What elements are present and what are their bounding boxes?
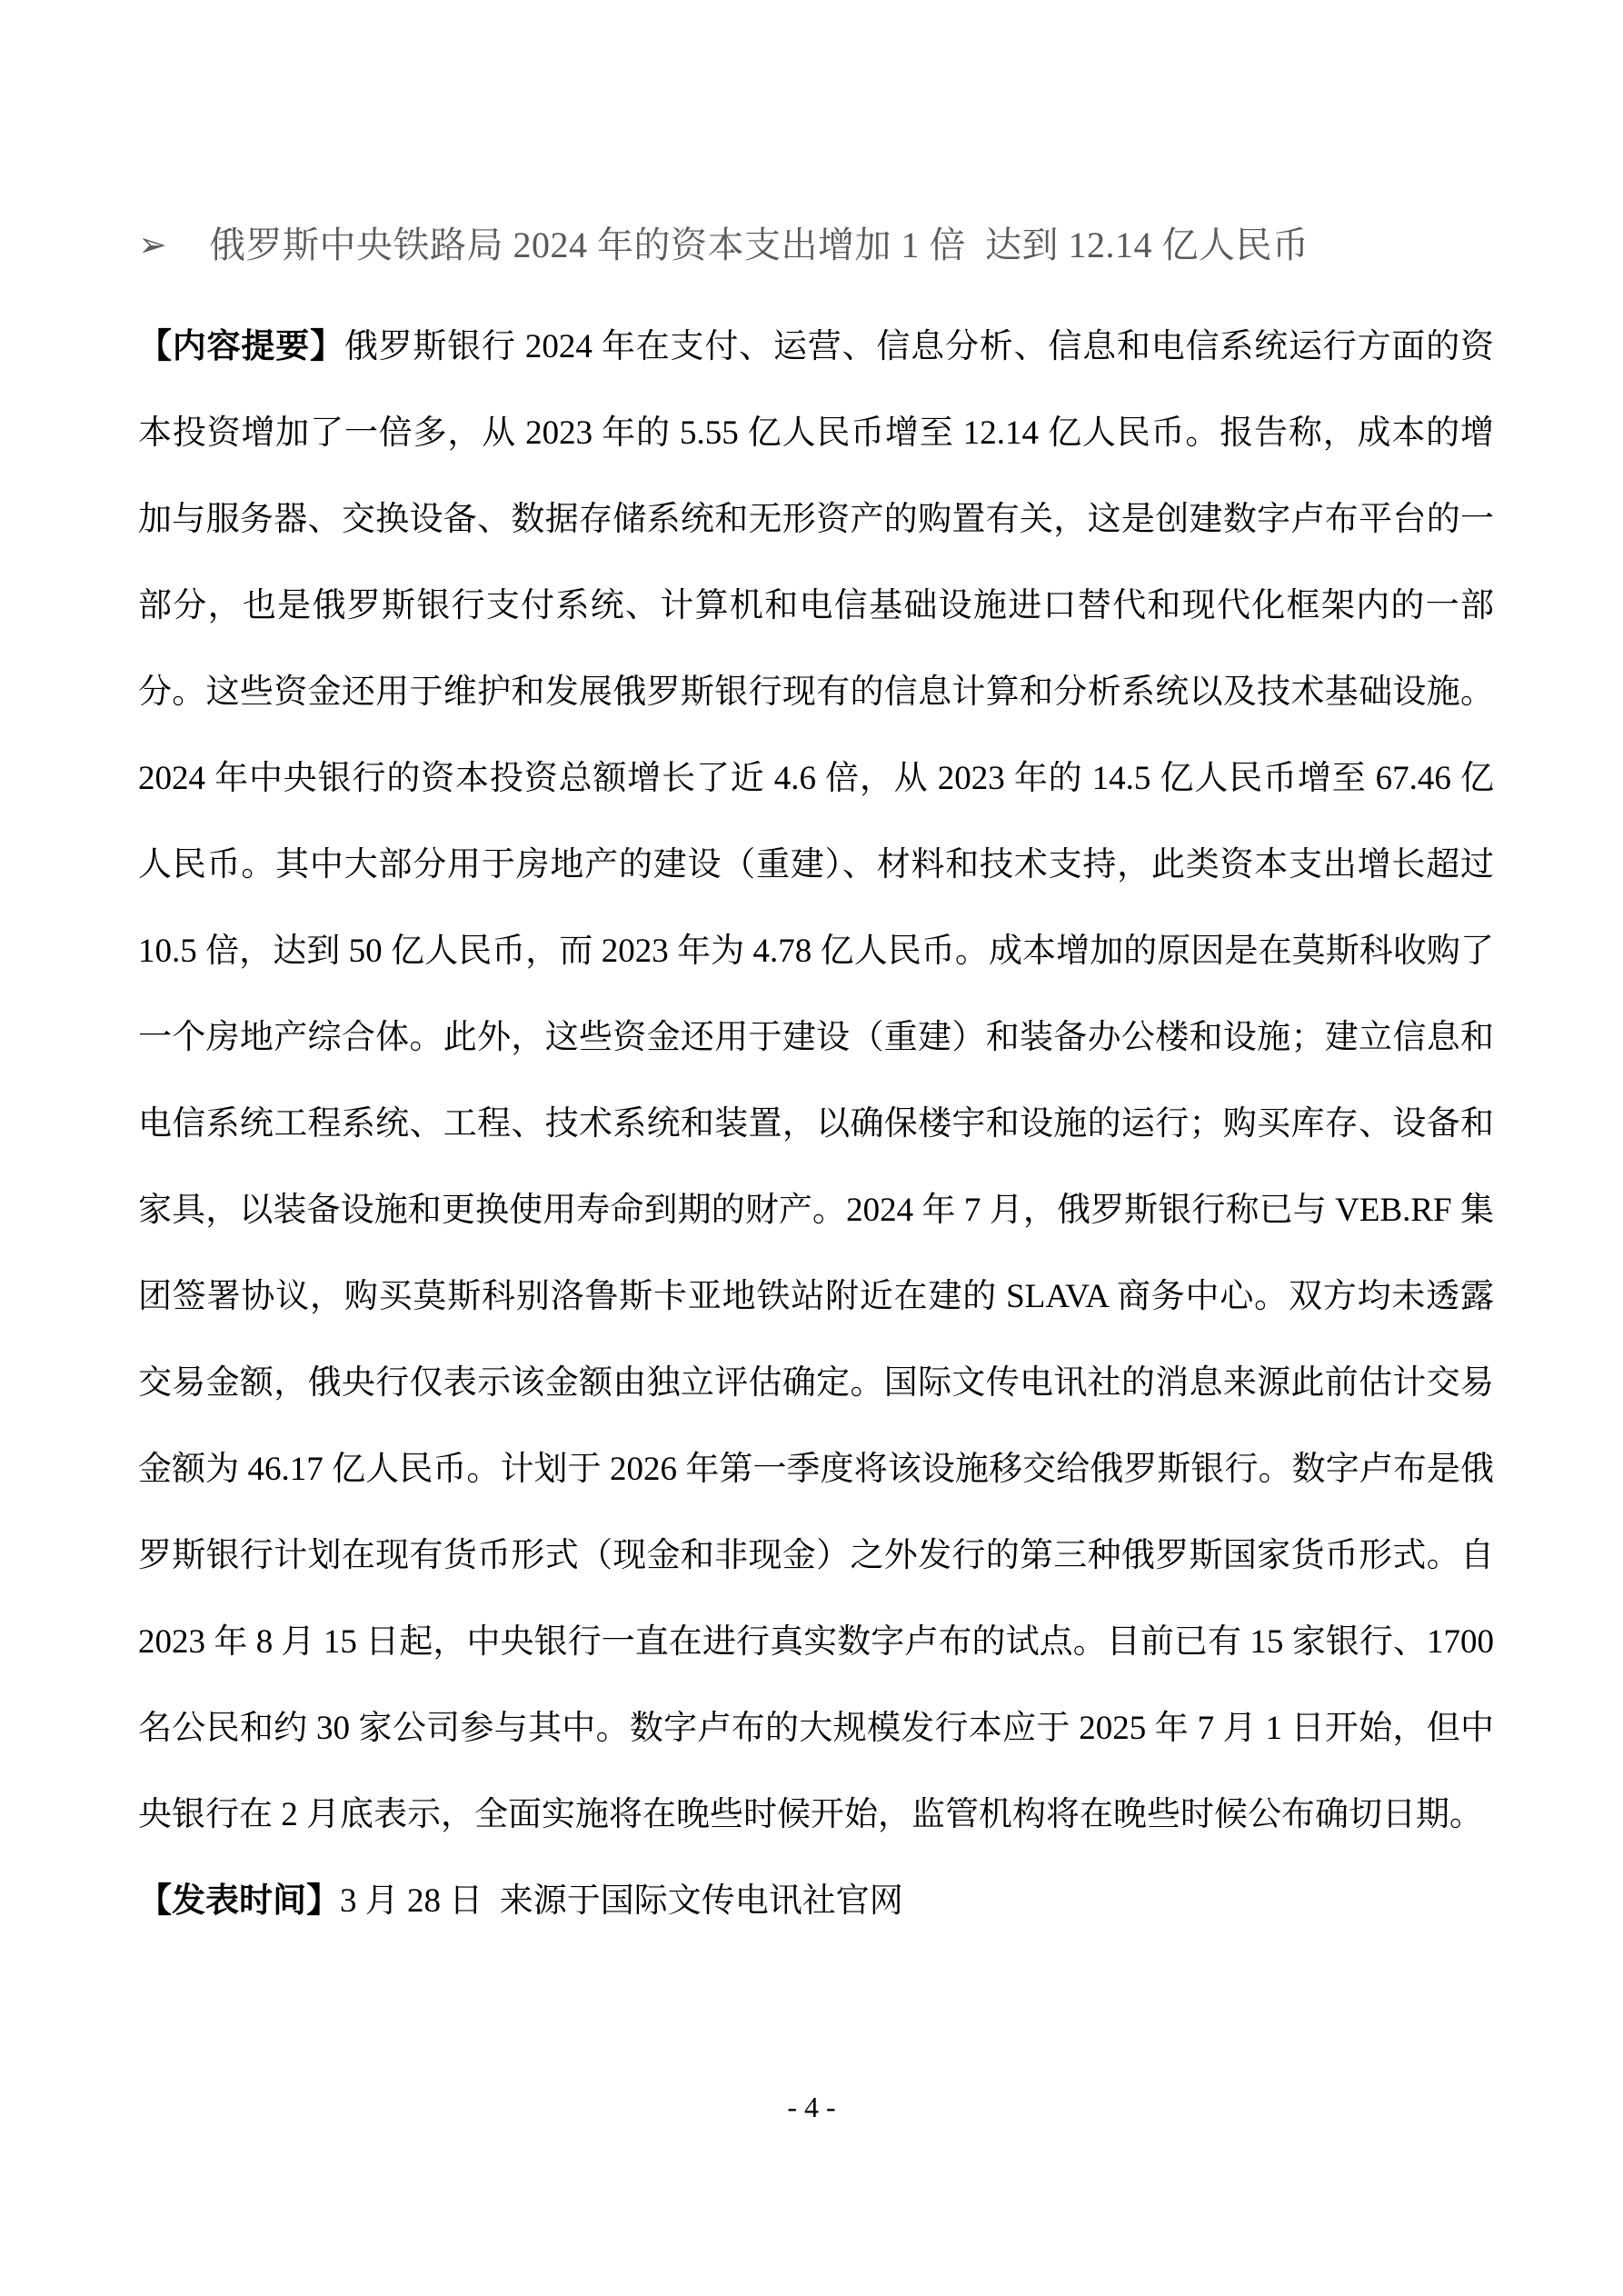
publish-text: 3 月 28 日 来源于国际文传电讯社官网 xyxy=(340,1882,903,1920)
publish-lead-label: 【发表时间】 xyxy=(138,1882,340,1920)
page-content: ➢ 俄罗斯中央铁路局 2024 年的资本支出增加 1 倍 达到 12.14 亿人… xyxy=(138,0,1494,1944)
section-heading-row: ➢ 俄罗斯中央铁路局 2024 年的资本支出增加 1 倍 达到 12.14 亿人… xyxy=(138,220,1494,271)
summary-paragraph: 【内容提要】俄罗斯银行 2024 年在支付、运营、信息分析、信息和电信系统运行方… xyxy=(138,304,1494,1858)
publish-line: 【发表时间】3 月 28 日 来源于国际文传电讯社官网 xyxy=(138,1858,1494,1944)
summary-text: 俄罗斯银行 2024 年在支付、运营、信息分析、信息和电信系统运行方面的资本投资… xyxy=(138,328,1494,1833)
arrow-bullet-icon: ➢ xyxy=(138,220,209,271)
summary-lead-label: 【内容提要】 xyxy=(138,328,344,365)
document-page: ➢ 俄罗斯中央铁路局 2024 年的资本支出增加 1 倍 达到 12.14 亿人… xyxy=(0,0,1623,2296)
section-heading: 俄罗斯中央铁路局 2024 年的资本支出增加 1 倍 达到 12.14 亿人民币 xyxy=(209,220,1309,271)
page-number: - 4 - xyxy=(0,2089,1623,2125)
